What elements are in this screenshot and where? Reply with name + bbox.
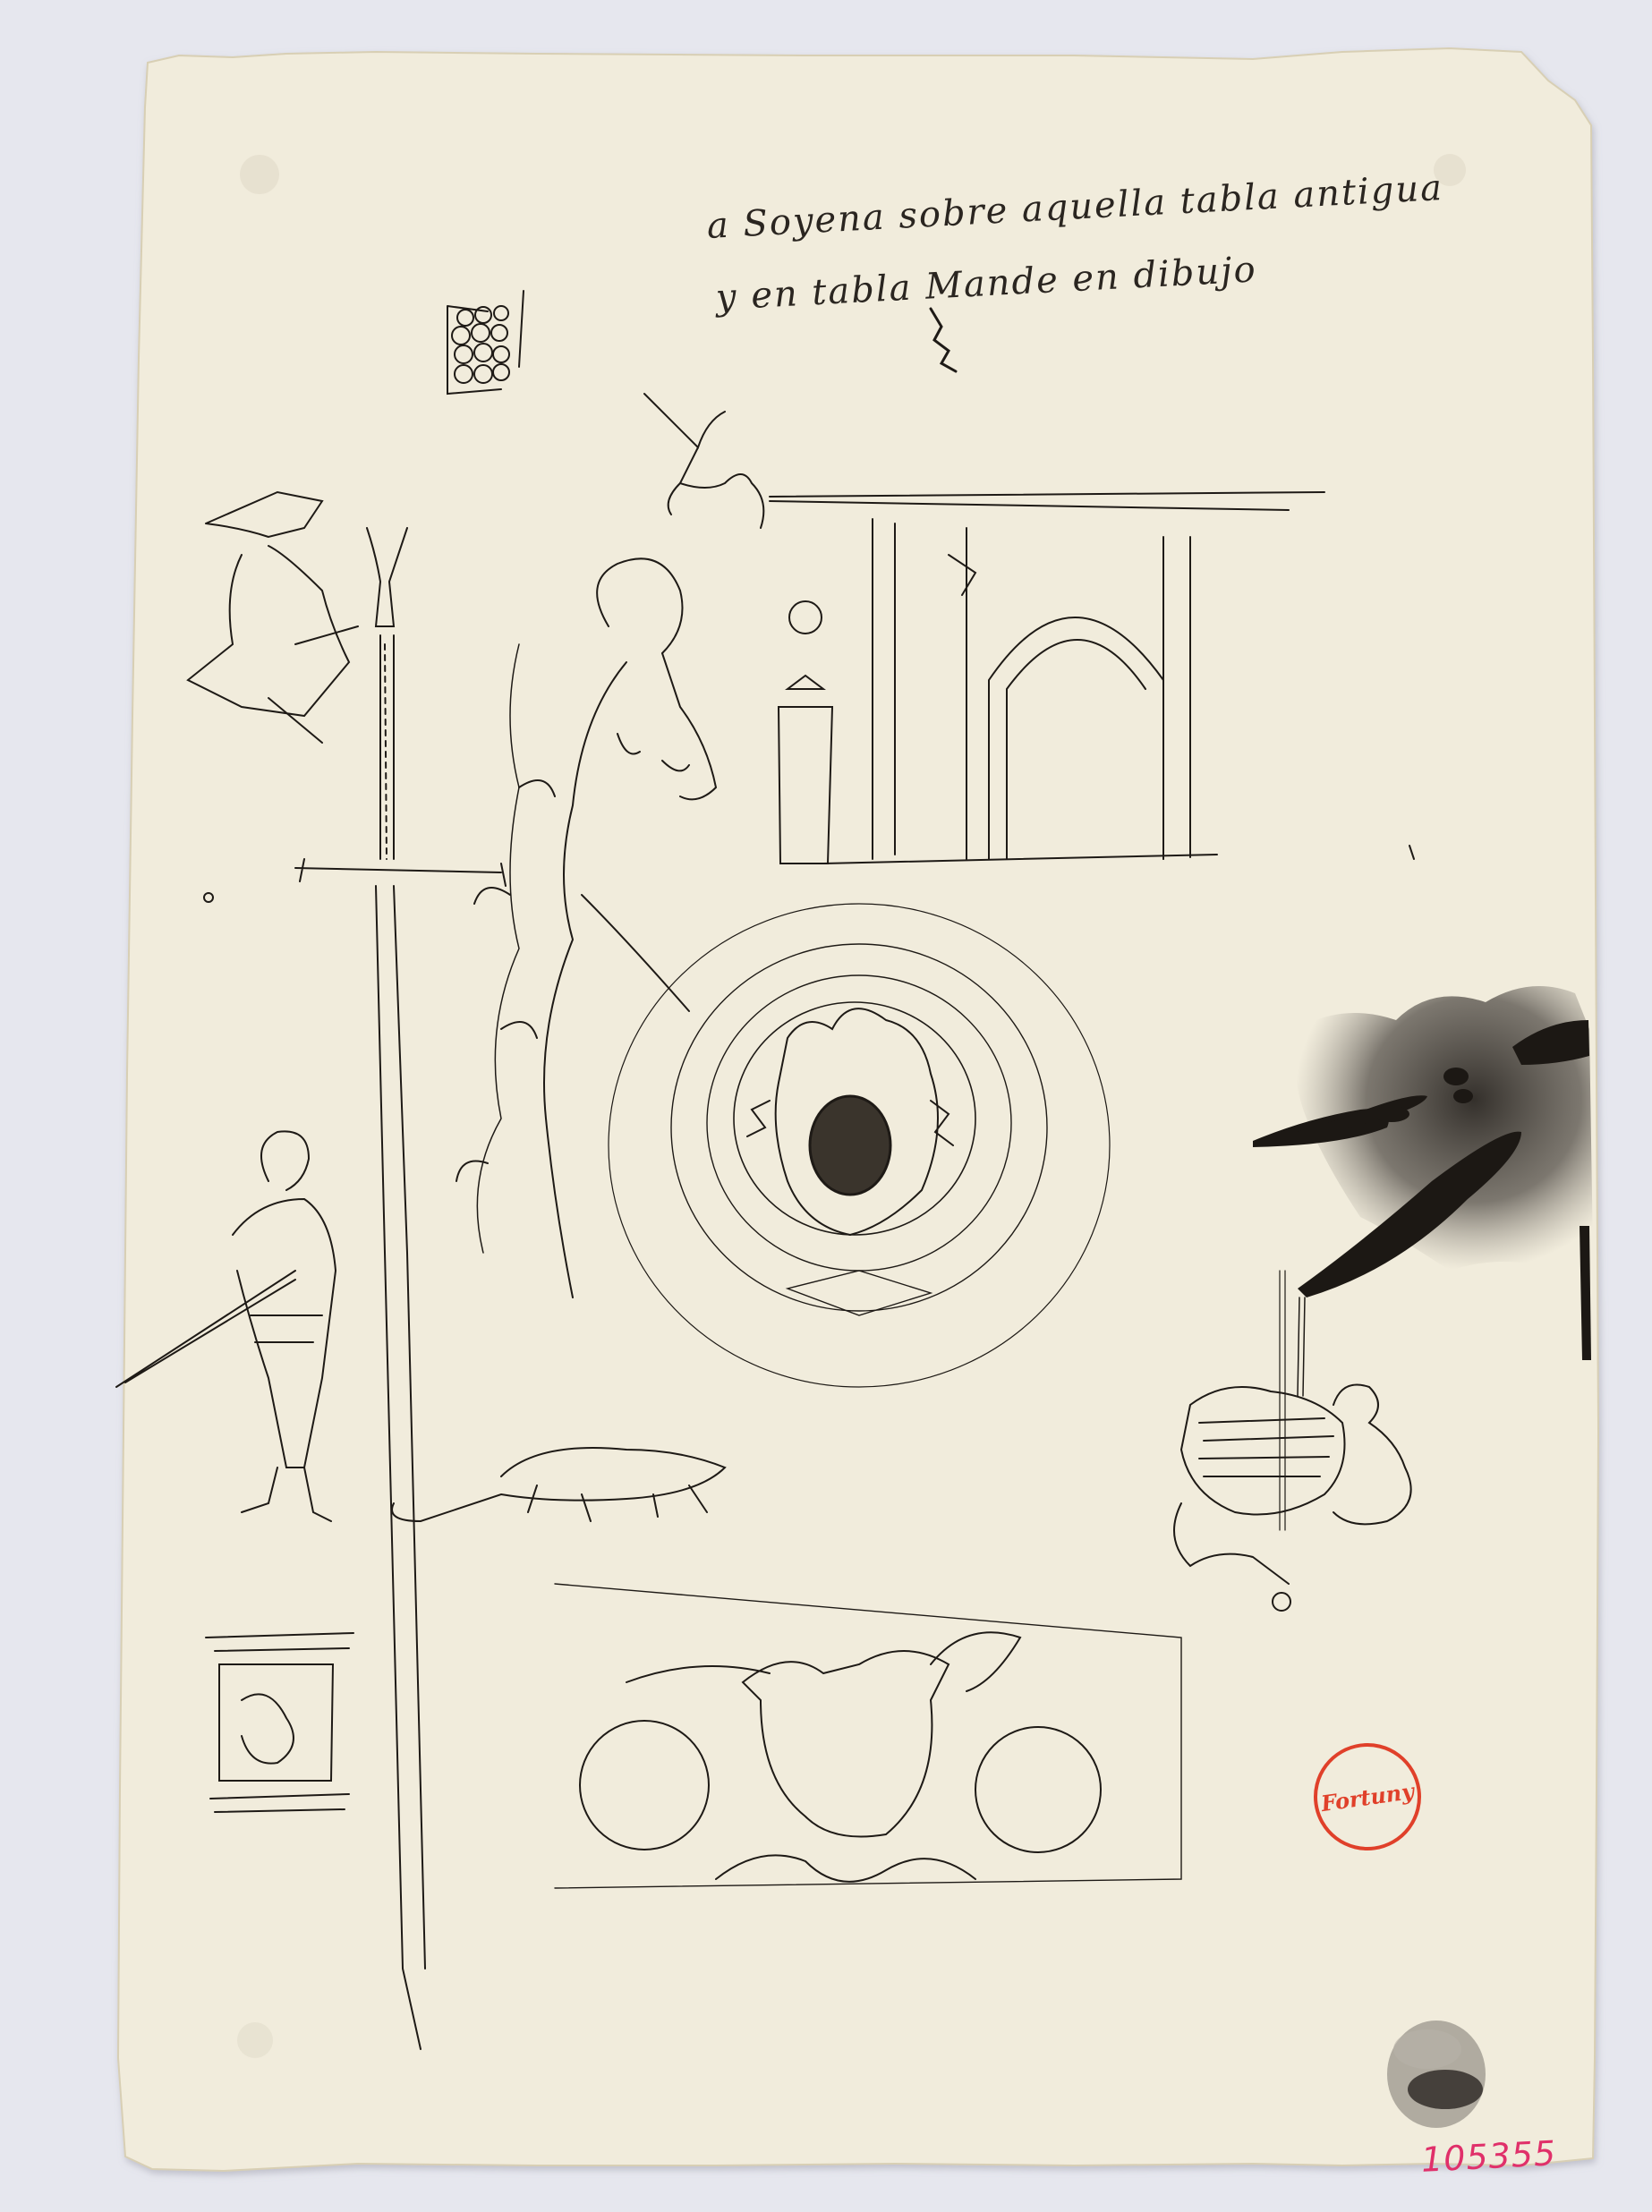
circular-shield-with-medusa-head (609, 904, 1110, 1387)
framed-niche-figure (206, 1633, 353, 1812)
collector-stamp-text: Fortuny (1319, 1777, 1415, 1816)
lizard (392, 1448, 725, 1521)
winged-cartouche-with-spheres (555, 1584, 1181, 1888)
ink-splash-right-edge (1253, 986, 1593, 1396)
winged-insect (644, 394, 763, 528)
column-with-urn (779, 676, 832, 864)
long-sword (295, 528, 506, 2049)
grid-of-circles-motif (447, 291, 524, 394)
figure-with-hat (188, 492, 358, 743)
triumphal-arch (770, 492, 1324, 864)
grotesque-figures-group (1174, 1271, 1411, 1611)
ink-thumbprint-bottom-right (1387, 2021, 1486, 2128)
inventory-number: 105355 (1420, 2133, 1557, 2180)
zigzag-mark (931, 309, 956, 371)
standing-warrior-with-sword (116, 1131, 336, 1521)
leafy-branch (456, 644, 555, 1253)
female-bust (544, 558, 716, 1297)
